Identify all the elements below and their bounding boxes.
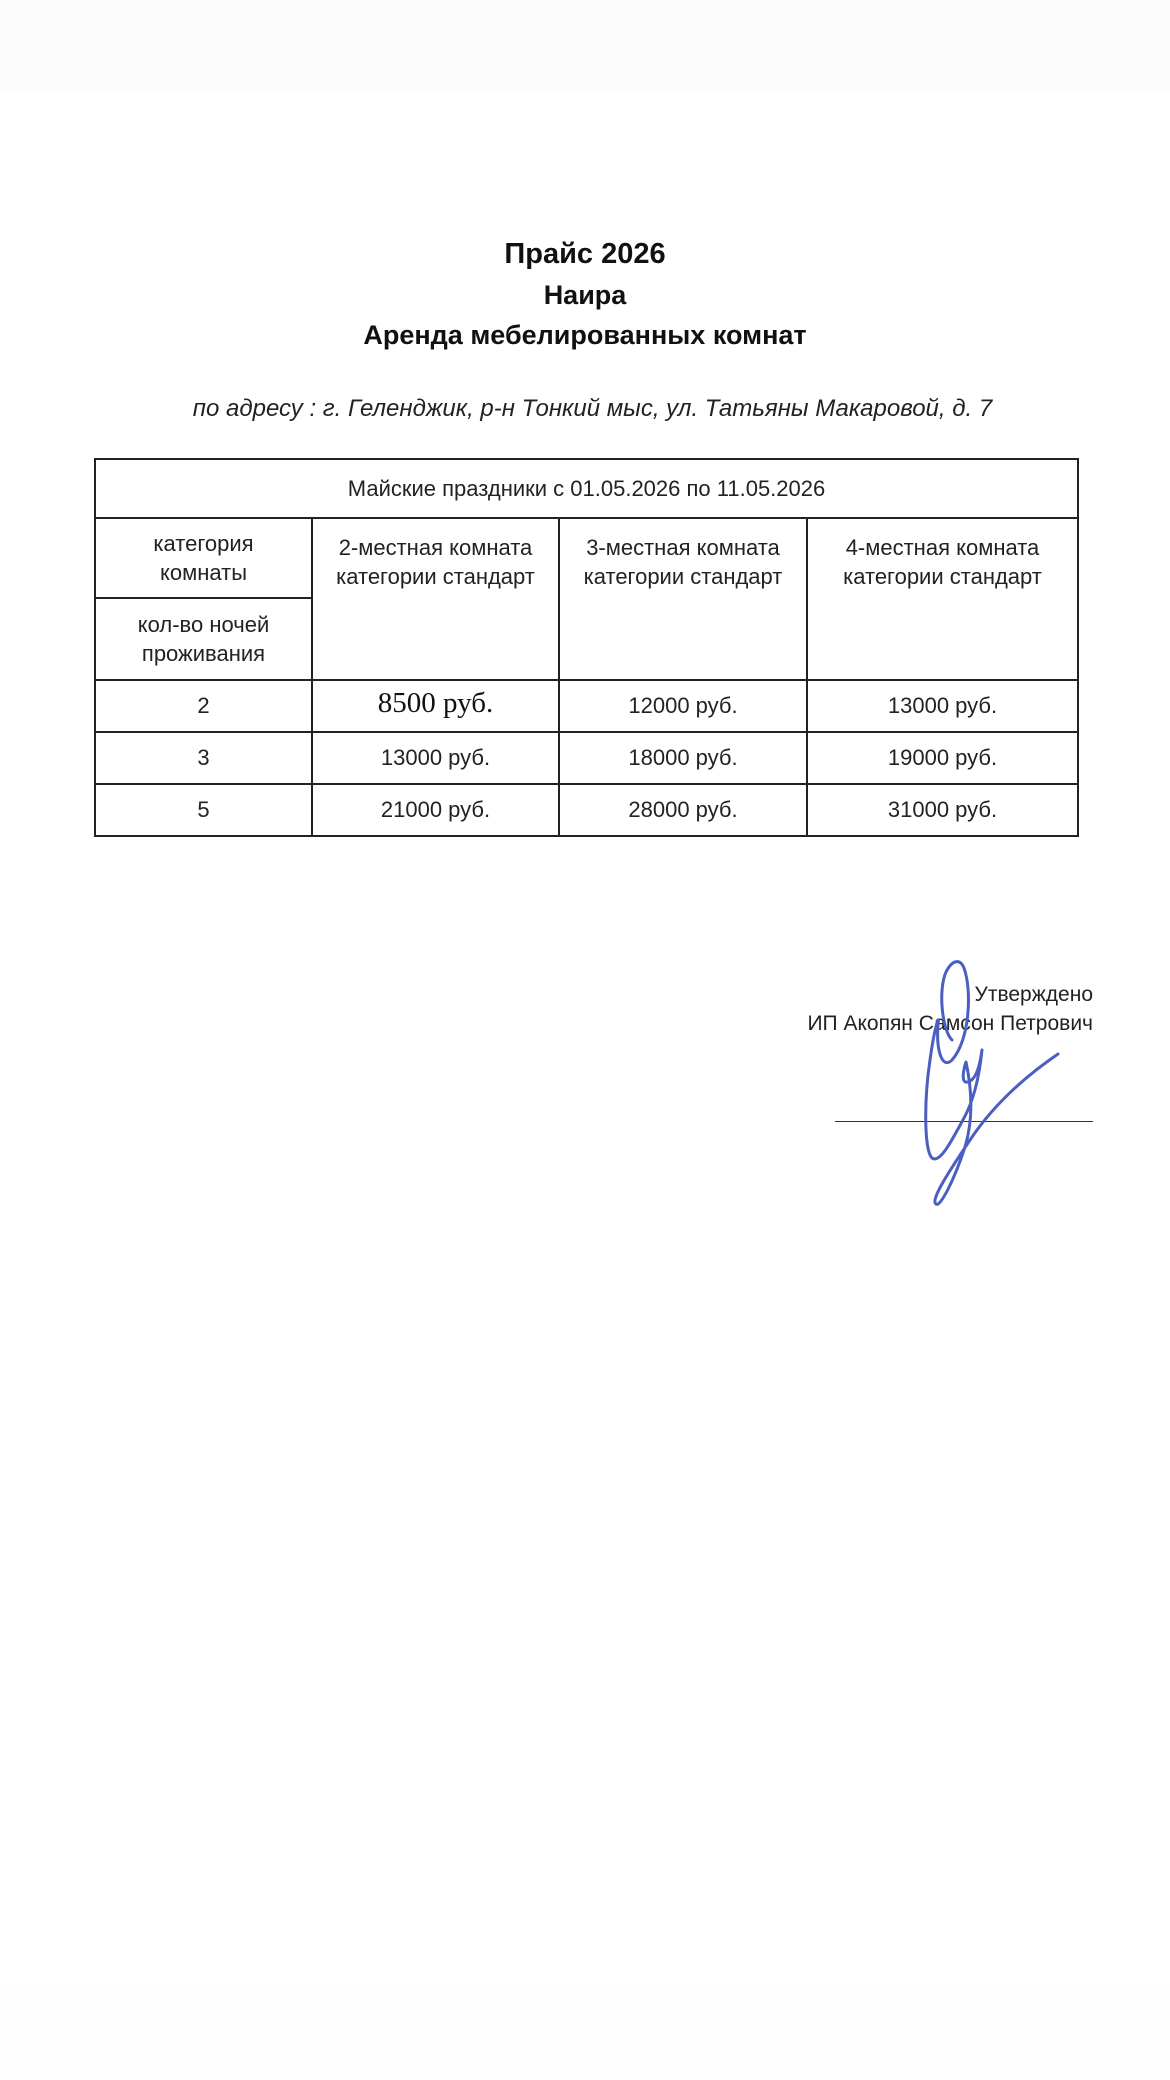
table-row: 5 21000 руб. 28000 руб. 31000 руб. xyxy=(95,784,1078,836)
period-header: Майские праздники с 01.05.2026 по 11.05.… xyxy=(95,459,1078,518)
price-cell: 21000 руб. xyxy=(312,784,559,836)
price-cell: 13000 руб. xyxy=(312,732,559,784)
price-cell: 12000 руб. xyxy=(559,680,807,732)
nights-cell: 5 xyxy=(95,784,312,836)
price-cell: 8500 руб. xyxy=(312,680,559,732)
header-room-3-text: 3-местная комната категории стандарт xyxy=(571,533,796,591)
header-room-category-text: категория комнаты xyxy=(129,529,279,587)
nights-cell: 2 xyxy=(95,680,312,732)
document-heading: Аренда мебелированных комнат xyxy=(0,320,1170,351)
header-room-2: 2-местная комната категории стандарт xyxy=(312,518,559,680)
table-row: 3 13000 руб. 18000 руб. 19000 руб. xyxy=(95,732,1078,784)
price-cell: 13000 руб. xyxy=(807,680,1078,732)
price-cell: 28000 руб. xyxy=(559,784,807,836)
header-room-category: категория комнаты xyxy=(95,518,312,598)
header-room-2-text: 2-местная комната категории стандарт xyxy=(323,533,548,591)
price-cell-edited-value: 8500 руб. xyxy=(378,687,494,719)
nights-cell: 3 xyxy=(95,732,312,784)
signature-icon xyxy=(880,950,1080,1210)
document-subtitle: Наира xyxy=(0,280,1170,311)
header-room-4: 4-местная комната категории стандарт xyxy=(807,518,1078,680)
price-cell: 19000 руб. xyxy=(807,732,1078,784)
bottom-background-band xyxy=(0,1990,1170,2080)
address-line: по адресу : г. Геленджик, р-н Тонкий мыс… xyxy=(0,395,1170,423)
header-nights-text: кол-во ночей проживания xyxy=(129,610,279,668)
header-room-3: 3-местная комната категории стандарт xyxy=(559,518,807,680)
top-background-band xyxy=(0,0,1170,90)
header-room-4-text: 4-местная комната категории стандарт xyxy=(830,533,1055,591)
price-cell: 31000 руб. xyxy=(807,784,1078,836)
table-row: 2 8500 руб. 12000 руб. 13000 руб. xyxy=(95,680,1078,732)
price-cell: 18000 руб. xyxy=(559,732,807,784)
header-nights: кол-во ночей проживания xyxy=(95,598,312,680)
price-table: Майские праздники с 01.05.2026 по 11.05.… xyxy=(94,458,1079,837)
document-title: Прайс 2026 xyxy=(0,238,1170,271)
